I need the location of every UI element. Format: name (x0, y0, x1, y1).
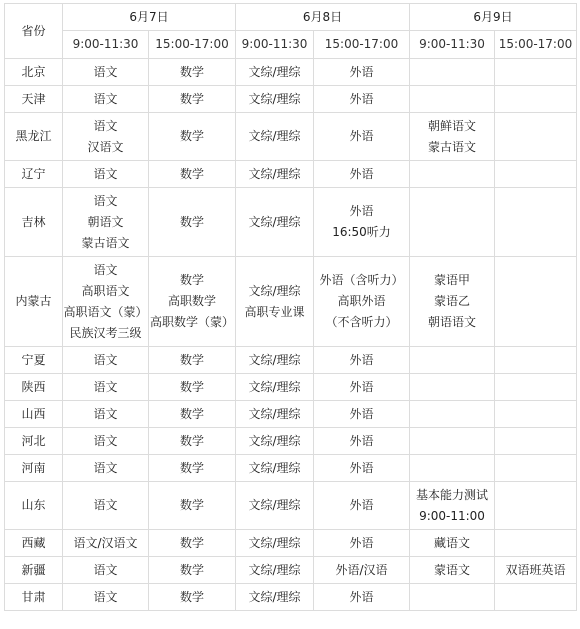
table-row: 北京语文数学文综/理综外语 (5, 59, 577, 86)
exam-subject: 文综/理综 (236, 533, 313, 554)
exam-cell: 基本能力测试9:00-11:00 (410, 482, 495, 530)
exam-cell: 语文 (63, 161, 149, 188)
exam-cell: 外语 (314, 584, 410, 611)
time-slot-june7-morning: 9:00-11:30 (63, 31, 149, 59)
exam-subject: 文综/理综 (236, 89, 313, 110)
exam-subject: 外语（含听力） (314, 270, 409, 291)
exam-cell: 外语 (314, 86, 410, 113)
exam-cell: 蒙语文 (410, 557, 495, 584)
exam-subject: 外语 (314, 495, 409, 516)
exam-cell: 外语 (314, 530, 410, 557)
exam-subject: 藏语文 (410, 533, 494, 554)
exam-cell: 数学 (149, 59, 236, 86)
exam-subject: 数学 (149, 560, 235, 581)
exam-subject: 数学 (149, 89, 235, 110)
exam-subject: 语文 (63, 89, 148, 110)
date-header-june7: 6月7日 (63, 4, 236, 31)
exam-cell: 语文 (63, 347, 149, 374)
exam-cell: 数学 (149, 86, 236, 113)
province-name: 宁夏 (5, 347, 63, 374)
exam-cell: 文综/理综 (236, 347, 314, 374)
province-name: 西藏 (5, 530, 63, 557)
table-row: 陕西语文数学文综/理综外语 (5, 374, 577, 401)
exam-cell (495, 530, 577, 557)
province-name: 山东 (5, 482, 63, 530)
exam-cell: 语文 (63, 482, 149, 530)
exam-subject: 语文/汉语文 (63, 533, 148, 554)
province-name: 黑龙江 (5, 113, 63, 161)
province-name: 内蒙古 (5, 257, 63, 347)
exam-subject: 数学 (149, 126, 235, 147)
province-name: 吉林 (5, 188, 63, 257)
province-name: 陕西 (5, 374, 63, 401)
table-row: 山西语文数学文综/理综外语 (5, 401, 577, 428)
exam-cell: 语文/汉语文 (63, 530, 149, 557)
exam-cell (495, 374, 577, 401)
province-header: 省份 (5, 4, 63, 59)
table-row: 西藏语文/汉语文数学文综/理综外语藏语文 (5, 530, 577, 557)
exam-subject: （不含听力） (314, 312, 409, 333)
province-name: 甘肃 (5, 584, 63, 611)
exam-cell: 数学 (149, 557, 236, 584)
province-name: 辽宁 (5, 161, 63, 188)
exam-subject: 语文 (63, 404, 148, 425)
exam-cell: 外语 (314, 113, 410, 161)
exam-cell: 数学 (149, 401, 236, 428)
exam-cell (410, 428, 495, 455)
exam-subject: 高职专业课 (236, 302, 313, 323)
exam-cell (495, 455, 577, 482)
exam-subject: 外语 (314, 350, 409, 371)
table-row: 宁夏语文数学文综/理综外语 (5, 347, 577, 374)
exam-cell (410, 374, 495, 401)
exam-cell: 文综/理综 (236, 374, 314, 401)
exam-subject: 文综/理综 (236, 377, 313, 398)
exam-cell: 外语 (314, 455, 410, 482)
exam-cell: 外语 (314, 482, 410, 530)
exam-cell (410, 401, 495, 428)
time-slot-june9-morning: 9:00-11:30 (410, 31, 495, 59)
exam-cell: 数学 (149, 584, 236, 611)
exam-cell (410, 455, 495, 482)
exam-subject: 蒙古语文 (410, 137, 494, 158)
exam-subject: 外语 (314, 89, 409, 110)
exam-cell: 语文汉语文 (63, 113, 149, 161)
exam-cell: 文综/理综 (236, 557, 314, 584)
exam-subject: 文综/理综 (236, 404, 313, 425)
exam-cell: 蒙语甲蒙语乙朝语语文 (410, 257, 495, 347)
exam-cell: 文综/理综 (236, 161, 314, 188)
table-row: 山东语文数学文综/理综外语基本能力测试9:00-11:00 (5, 482, 577, 530)
exam-cell: 藏语文 (410, 530, 495, 557)
table-row: 新疆语文数学文综/理综外语/汉语蒙语文双语班英语 (5, 557, 577, 584)
exam-subject: 文综/理综 (236, 431, 313, 452)
exam-subject: 语文 (63, 377, 148, 398)
exam-cell: 外语 (314, 374, 410, 401)
exam-subject: 外语 (314, 377, 409, 398)
exam-cell: 数学高职数学高职数学（蒙） (149, 257, 236, 347)
table-row: 黑龙江语文汉语文数学文综/理综外语朝鲜语文蒙古语文 (5, 113, 577, 161)
exam-cell: 语文 (63, 584, 149, 611)
exam-subject: 文综/理综 (236, 164, 313, 185)
exam-cell: 数学 (149, 530, 236, 557)
exam-cell: 数学 (149, 161, 236, 188)
exam-subject: 语文 (63, 458, 148, 479)
time-slot-june9-afternoon: 15:00-17:00 (495, 31, 577, 59)
table-row: 天津语文数学文综/理综外语 (5, 86, 577, 113)
exam-subject: 高职数学 (149, 291, 235, 312)
exam-cell: 数学 (149, 455, 236, 482)
table-row: 河南语文数学文综/理综外语 (5, 455, 577, 482)
exam-subject: 文综/理综 (236, 350, 313, 371)
exam-subject: 高职数学（蒙） (149, 312, 235, 333)
exam-cell (495, 401, 577, 428)
exam-cell: 外语 (314, 161, 410, 188)
exam-subject: 蒙语甲 (410, 270, 494, 291)
exam-subject: 高职语文 (63, 281, 148, 302)
exam-subject: 朝语语文 (410, 312, 494, 333)
exam-subject: 民族汉考三级 (63, 323, 148, 344)
exam-cell: 语文 (63, 557, 149, 584)
exam-cell: 双语班英语 (495, 557, 577, 584)
province-name: 山西 (5, 401, 63, 428)
exam-subject: 数学 (149, 587, 235, 608)
exam-cell (410, 188, 495, 257)
exam-cell: 数学 (149, 188, 236, 257)
exam-subject: 数学 (149, 350, 235, 371)
exam-cell: 文综/理综 (236, 113, 314, 161)
exam-cell: 语文高职语文高职语文（蒙）民族汉考三级 (63, 257, 149, 347)
exam-subject: 语文 (63, 164, 148, 185)
exam-subject: 文综/理综 (236, 560, 313, 581)
exam-cell: 外语（含听力）高职外语（不含听力） (314, 257, 410, 347)
exam-subject: 数学 (149, 164, 235, 185)
exam-subject: 文综/理综 (236, 126, 313, 147)
exam-cell: 外语 (314, 401, 410, 428)
exam-subject: 高职语文（蒙） (63, 302, 148, 323)
exam-subject: 文综/理综 (236, 212, 313, 233)
date-header-june9: 6月9日 (410, 4, 577, 31)
exam-cell: 文综/理综 (236, 530, 314, 557)
exam-cell: 文综/理综高职专业课 (236, 257, 314, 347)
exam-cell: 数学 (149, 374, 236, 401)
exam-subject: 汉语文 (63, 137, 148, 158)
table-row: 辽宁语文数学文综/理综外语 (5, 161, 577, 188)
exam-cell (495, 86, 577, 113)
exam-cell: 朝鲜语文蒙古语文 (410, 113, 495, 161)
exam-cell: 语文 (63, 86, 149, 113)
exam-subject: 外语 (314, 431, 409, 452)
exam-cell: 数学 (149, 113, 236, 161)
exam-subject: 蒙语文 (410, 560, 494, 581)
exam-subject: 基本能力测试 (410, 485, 494, 506)
exam-subject: 16:50听力 (314, 222, 409, 243)
exam-subject: 语文 (63, 495, 148, 516)
exam-subject: 语文 (63, 560, 148, 581)
exam-cell: 文综/理综 (236, 482, 314, 530)
exam-subject: 数学 (149, 431, 235, 452)
exam-cell: 语文 (63, 428, 149, 455)
exam-cell (495, 584, 577, 611)
exam-cell (410, 161, 495, 188)
exam-cell (410, 86, 495, 113)
province-name: 河北 (5, 428, 63, 455)
exam-cell: 数学 (149, 482, 236, 530)
exam-cell: 文综/理综 (236, 188, 314, 257)
province-name: 天津 (5, 86, 63, 113)
exam-cell (495, 59, 577, 86)
exam-subject: 文综/理综 (236, 495, 313, 516)
exam-subject: 语文 (63, 587, 148, 608)
table-row: 河北语文数学文综/理综外语 (5, 428, 577, 455)
exam-subject: 文综/理综 (236, 281, 313, 302)
time-slot-june8-morning: 9:00-11:30 (236, 31, 314, 59)
exam-subject: 语文 (63, 116, 148, 137)
exam-cell (410, 59, 495, 86)
exam-subject: 语文 (63, 350, 148, 371)
exam-cell: 外语 (314, 59, 410, 86)
exam-subject: 外语 (314, 126, 409, 147)
exam-cell: 文综/理综 (236, 59, 314, 86)
exam-subject: 外语 (314, 458, 409, 479)
exam-cell: 文综/理综 (236, 584, 314, 611)
exam-subject: 外语 (314, 587, 409, 608)
province-name: 河南 (5, 455, 63, 482)
exam-subject: 数学 (149, 495, 235, 516)
exam-subject: 外语 (314, 164, 409, 185)
exam-subject: 蒙古语文 (63, 233, 148, 254)
exam-subject: 语文 (63, 191, 148, 212)
schedule-body: 北京语文数学文综/理综外语天津语文数学文综/理综外语黑龙江语文汉语文数学文综/理… (5, 59, 577, 611)
exam-subject: 双语班英语 (495, 560, 576, 581)
date-header-june8: 6月8日 (236, 4, 410, 31)
exam-subject: 外语 (314, 533, 409, 554)
exam-cell (495, 113, 577, 161)
exam-cell (410, 584, 495, 611)
exam-subject: 数学 (149, 212, 235, 233)
exam-cell: 语文朝语文蒙古语文 (63, 188, 149, 257)
exam-subject: 蒙语乙 (410, 291, 494, 312)
table-row: 内蒙古语文高职语文高职语文（蒙）民族汉考三级数学高职数学高职数学（蒙）文综/理综… (5, 257, 577, 347)
table-row: 甘肃语文数学文综/理综外语 (5, 584, 577, 611)
exam-subject: 文综/理综 (236, 458, 313, 479)
exam-cell: 外语 (314, 428, 410, 455)
exam-subject: 数学 (149, 62, 235, 83)
header-row-times: 9:00-11:30 15:00-17:00 9:00-11:30 15:00-… (5, 31, 577, 59)
exam-schedule-table: 省份 6月7日 6月8日 6月9日 9:00-11:30 15:00-17:00… (4, 3, 577, 611)
exam-subject: 语文 (63, 62, 148, 83)
exam-cell (495, 257, 577, 347)
exam-subject: 朝鲜语文 (410, 116, 494, 137)
exam-subject: 朝语文 (63, 212, 148, 233)
province-name: 北京 (5, 59, 63, 86)
exam-subject: 外语 (314, 62, 409, 83)
exam-subject: 外语 (314, 201, 409, 222)
exam-cell: 文综/理综 (236, 401, 314, 428)
province-name: 新疆 (5, 557, 63, 584)
exam-subject: 9:00-11:00 (410, 506, 494, 527)
exam-subject: 数学 (149, 458, 235, 479)
exam-cell (495, 482, 577, 530)
exam-cell: 数学 (149, 347, 236, 374)
exam-cell: 语文 (63, 455, 149, 482)
exam-subject: 数学 (149, 404, 235, 425)
exam-subject: 语文 (63, 431, 148, 452)
exam-cell: 语文 (63, 401, 149, 428)
exam-cell: 语文 (63, 374, 149, 401)
time-slot-june7-afternoon: 15:00-17:00 (149, 31, 236, 59)
exam-cell: 外语/汉语 (314, 557, 410, 584)
exam-cell: 外语 (314, 347, 410, 374)
exam-subject: 文综/理综 (236, 587, 313, 608)
exam-cell (410, 347, 495, 374)
exam-subject: 数学 (149, 533, 235, 554)
exam-cell: 外语16:50听力 (314, 188, 410, 257)
time-slot-june8-afternoon: 15:00-17:00 (314, 31, 410, 59)
exam-cell: 文综/理综 (236, 455, 314, 482)
exam-cell (495, 188, 577, 257)
exam-subject: 语文 (63, 260, 148, 281)
exam-cell: 语文 (63, 59, 149, 86)
exam-cell: 文综/理综 (236, 428, 314, 455)
exam-cell: 数学 (149, 428, 236, 455)
exam-subject: 数学 (149, 270, 235, 291)
exam-subject: 文综/理综 (236, 62, 313, 83)
exam-subject: 数学 (149, 377, 235, 398)
exam-cell (495, 428, 577, 455)
header-row-dates: 省份 6月7日 6月8日 6月9日 (5, 4, 577, 31)
table-row: 吉林语文朝语文蒙古语文数学文综/理综外语16:50听力 (5, 188, 577, 257)
exam-subject: 外语/汉语 (314, 560, 409, 581)
exam-subject: 高职外语 (314, 291, 409, 312)
exam-cell: 文综/理综 (236, 86, 314, 113)
exam-subject: 外语 (314, 404, 409, 425)
exam-cell (495, 161, 577, 188)
exam-cell (495, 347, 577, 374)
